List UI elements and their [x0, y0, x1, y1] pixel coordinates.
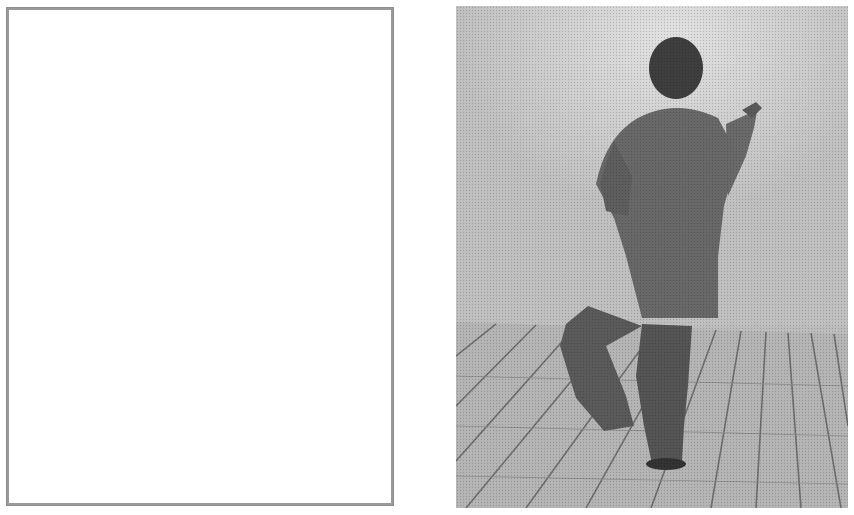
empty-figure-frame — [6, 7, 394, 506]
photo-illustration — [456, 6, 848, 508]
tai-chi-photo — [456, 6, 848, 508]
